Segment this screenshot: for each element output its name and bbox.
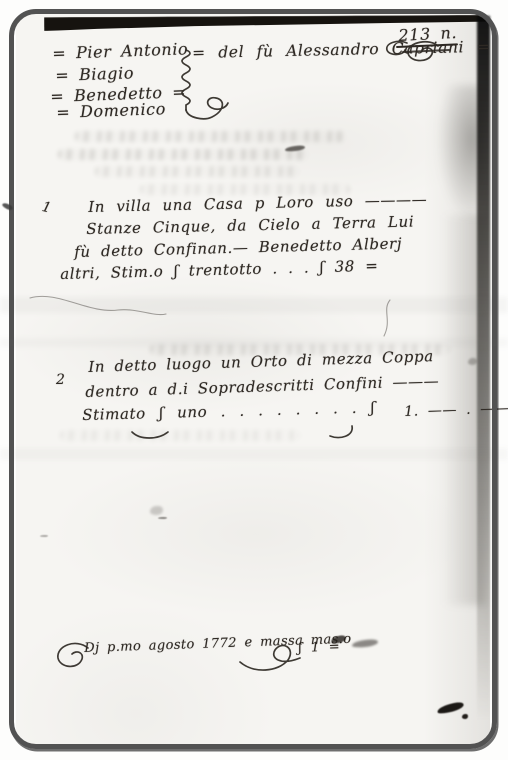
ink-smudge xyxy=(150,506,163,515)
bleedthrough-streak xyxy=(95,166,300,177)
stray-mark xyxy=(158,517,167,519)
name-line-4: = Domenico xyxy=(56,99,166,122)
footer-loop-flourish xyxy=(238,642,302,672)
crease-mark xyxy=(28,288,168,324)
frame-tick-mark xyxy=(1,202,13,212)
name-line-2: = Biagio xyxy=(55,63,134,85)
capriani-flourish xyxy=(400,40,442,64)
bleedthrough-streak xyxy=(75,131,345,142)
crease-mark xyxy=(378,298,394,338)
page-right-edge-shadow xyxy=(477,16,490,721)
entry2-amount: 1. —— . —— xyxy=(404,400,508,420)
entry-number-2: 2 xyxy=(56,372,66,388)
descender-swash xyxy=(326,424,356,442)
stray-mark xyxy=(40,535,48,537)
bleedthrough-streak xyxy=(58,149,308,160)
ink-smudge xyxy=(468,358,477,365)
manuscript-scan: 213 n. = Pier Antonio = del fù Alessandr… xyxy=(0,0,508,760)
bleedthrough-streak xyxy=(60,430,300,441)
descender-swash xyxy=(130,428,170,442)
names-brace xyxy=(174,48,234,128)
ink-blot xyxy=(462,714,468,719)
